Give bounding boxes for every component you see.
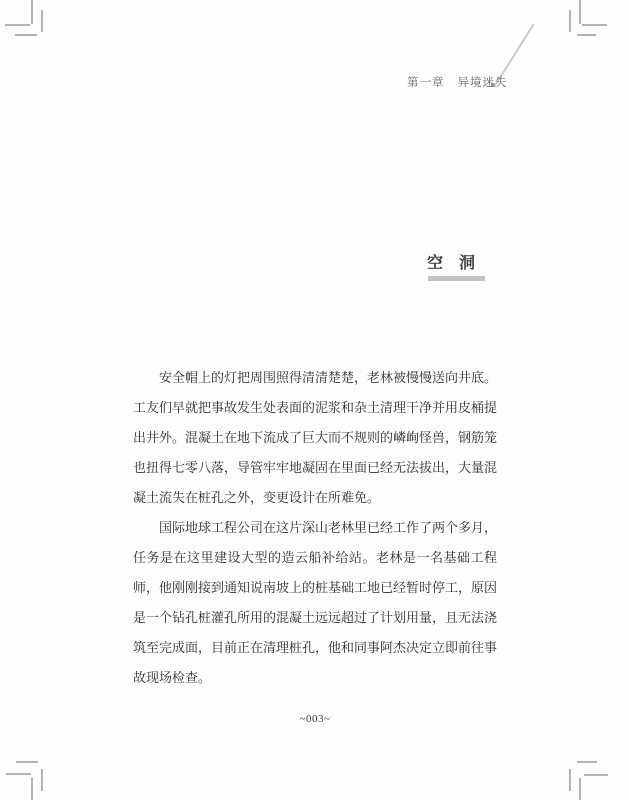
paragraph: 安全帽上的灯把周围照得清清楚楚，老林被慢慢送向井底。工友们早就把事故发生处表面的…: [133, 363, 497, 513]
corner-line: [31, 0, 33, 24]
corner-line: [41, 10, 43, 32]
corner-line: [5, 24, 30, 26]
body-text: 安全帽上的灯把周围照得清清楚楚，老林被慢慢送向井底。工友们早就把事故发生处表面的…: [133, 363, 497, 693]
corner-line: [579, 778, 581, 800]
corner-line: [569, 769, 571, 791]
section-title-underline: [428, 276, 485, 281]
chapter-number: 第一章: [407, 77, 445, 89]
corner-line: [577, 761, 597, 763]
corner-line: [6, 773, 31, 775]
section-title: 空 洞: [427, 250, 475, 273]
chapter-title: 异境迷失: [458, 77, 508, 89]
book-page: 第一章异境迷失 空 洞 安全帽上的灯把周围照得清清楚楚，老林被慢慢送向井底。工友…: [0, 0, 629, 800]
running-header: 第一章异境迷失: [407, 74, 508, 90]
corner-line: [41, 769, 43, 791]
corner-line: [15, 34, 37, 36]
corner-line: [577, 34, 596, 36]
page-number: ~003~: [133, 712, 497, 726]
corner-line: [569, 10, 571, 32]
corner-line: [579, 0, 581, 24]
corner-line: [16, 761, 38, 763]
corner-line: [31, 778, 33, 800]
corner-line: [584, 774, 608, 776]
paragraph: 国际地球工程公司在这片深山老林里已经工作了两个多月，任务是在这里建设大型的造云船…: [133, 513, 497, 693]
corner-line: [582, 24, 607, 26]
